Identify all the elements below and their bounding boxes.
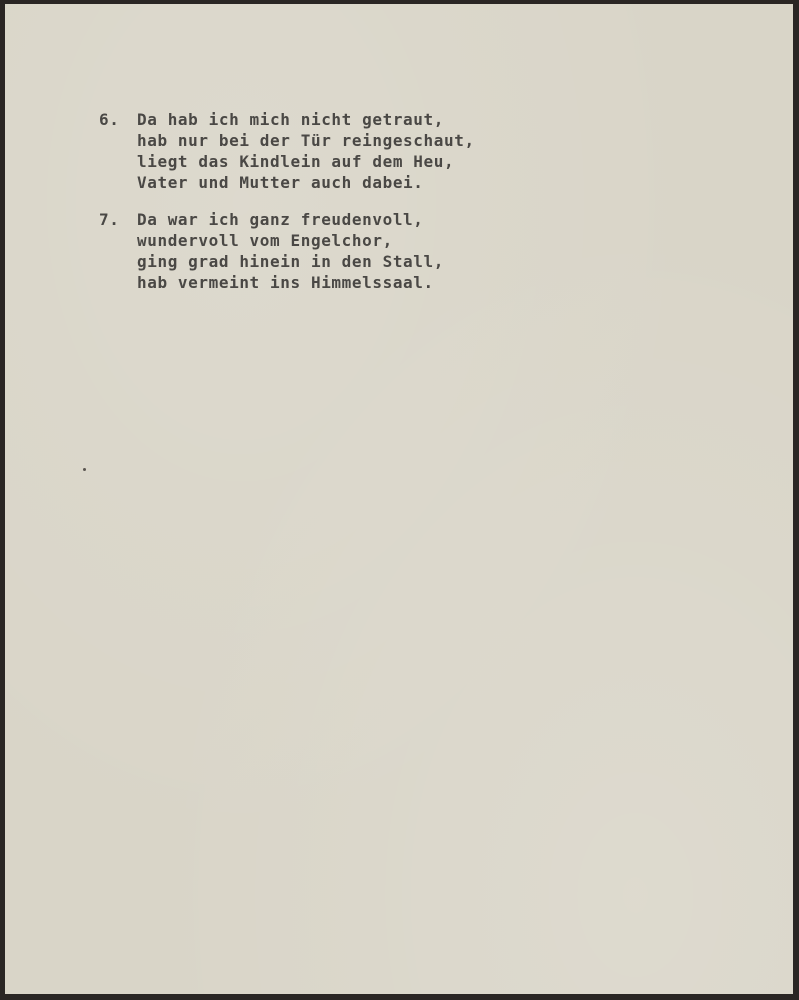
verse-line: 7.Da war ich ganz freudenvoll, (99, 209, 444, 230)
verse-line: ging grad hinein in den Stall, (99, 251, 444, 272)
verse-line: Vater und Mutter auch dabei. (99, 172, 475, 193)
verse-line: hab vermeint ins Himmelssaal. (99, 272, 444, 293)
verse-number: 6. (99, 109, 137, 130)
verse-number: 7. (99, 209, 137, 230)
verse-line: wundervoll vom Engelchor, (99, 230, 444, 251)
verse-line: liegt das Kindlein auf dem Heu, (99, 151, 475, 172)
paper-speck (83, 468, 86, 471)
verse-line: hab nur bei der Tür reingeschaut, (99, 130, 475, 151)
verse-7: 7.Da war ich ganz freudenvoll, wundervol… (99, 209, 444, 293)
verse-6: 6.Da hab ich mich nicht getraut, hab nur… (99, 109, 475, 193)
typewritten-page: 6.Da hab ich mich nicht getraut, hab nur… (5, 4, 793, 994)
verse-line: 6.Da hab ich mich nicht getraut, (99, 109, 475, 130)
